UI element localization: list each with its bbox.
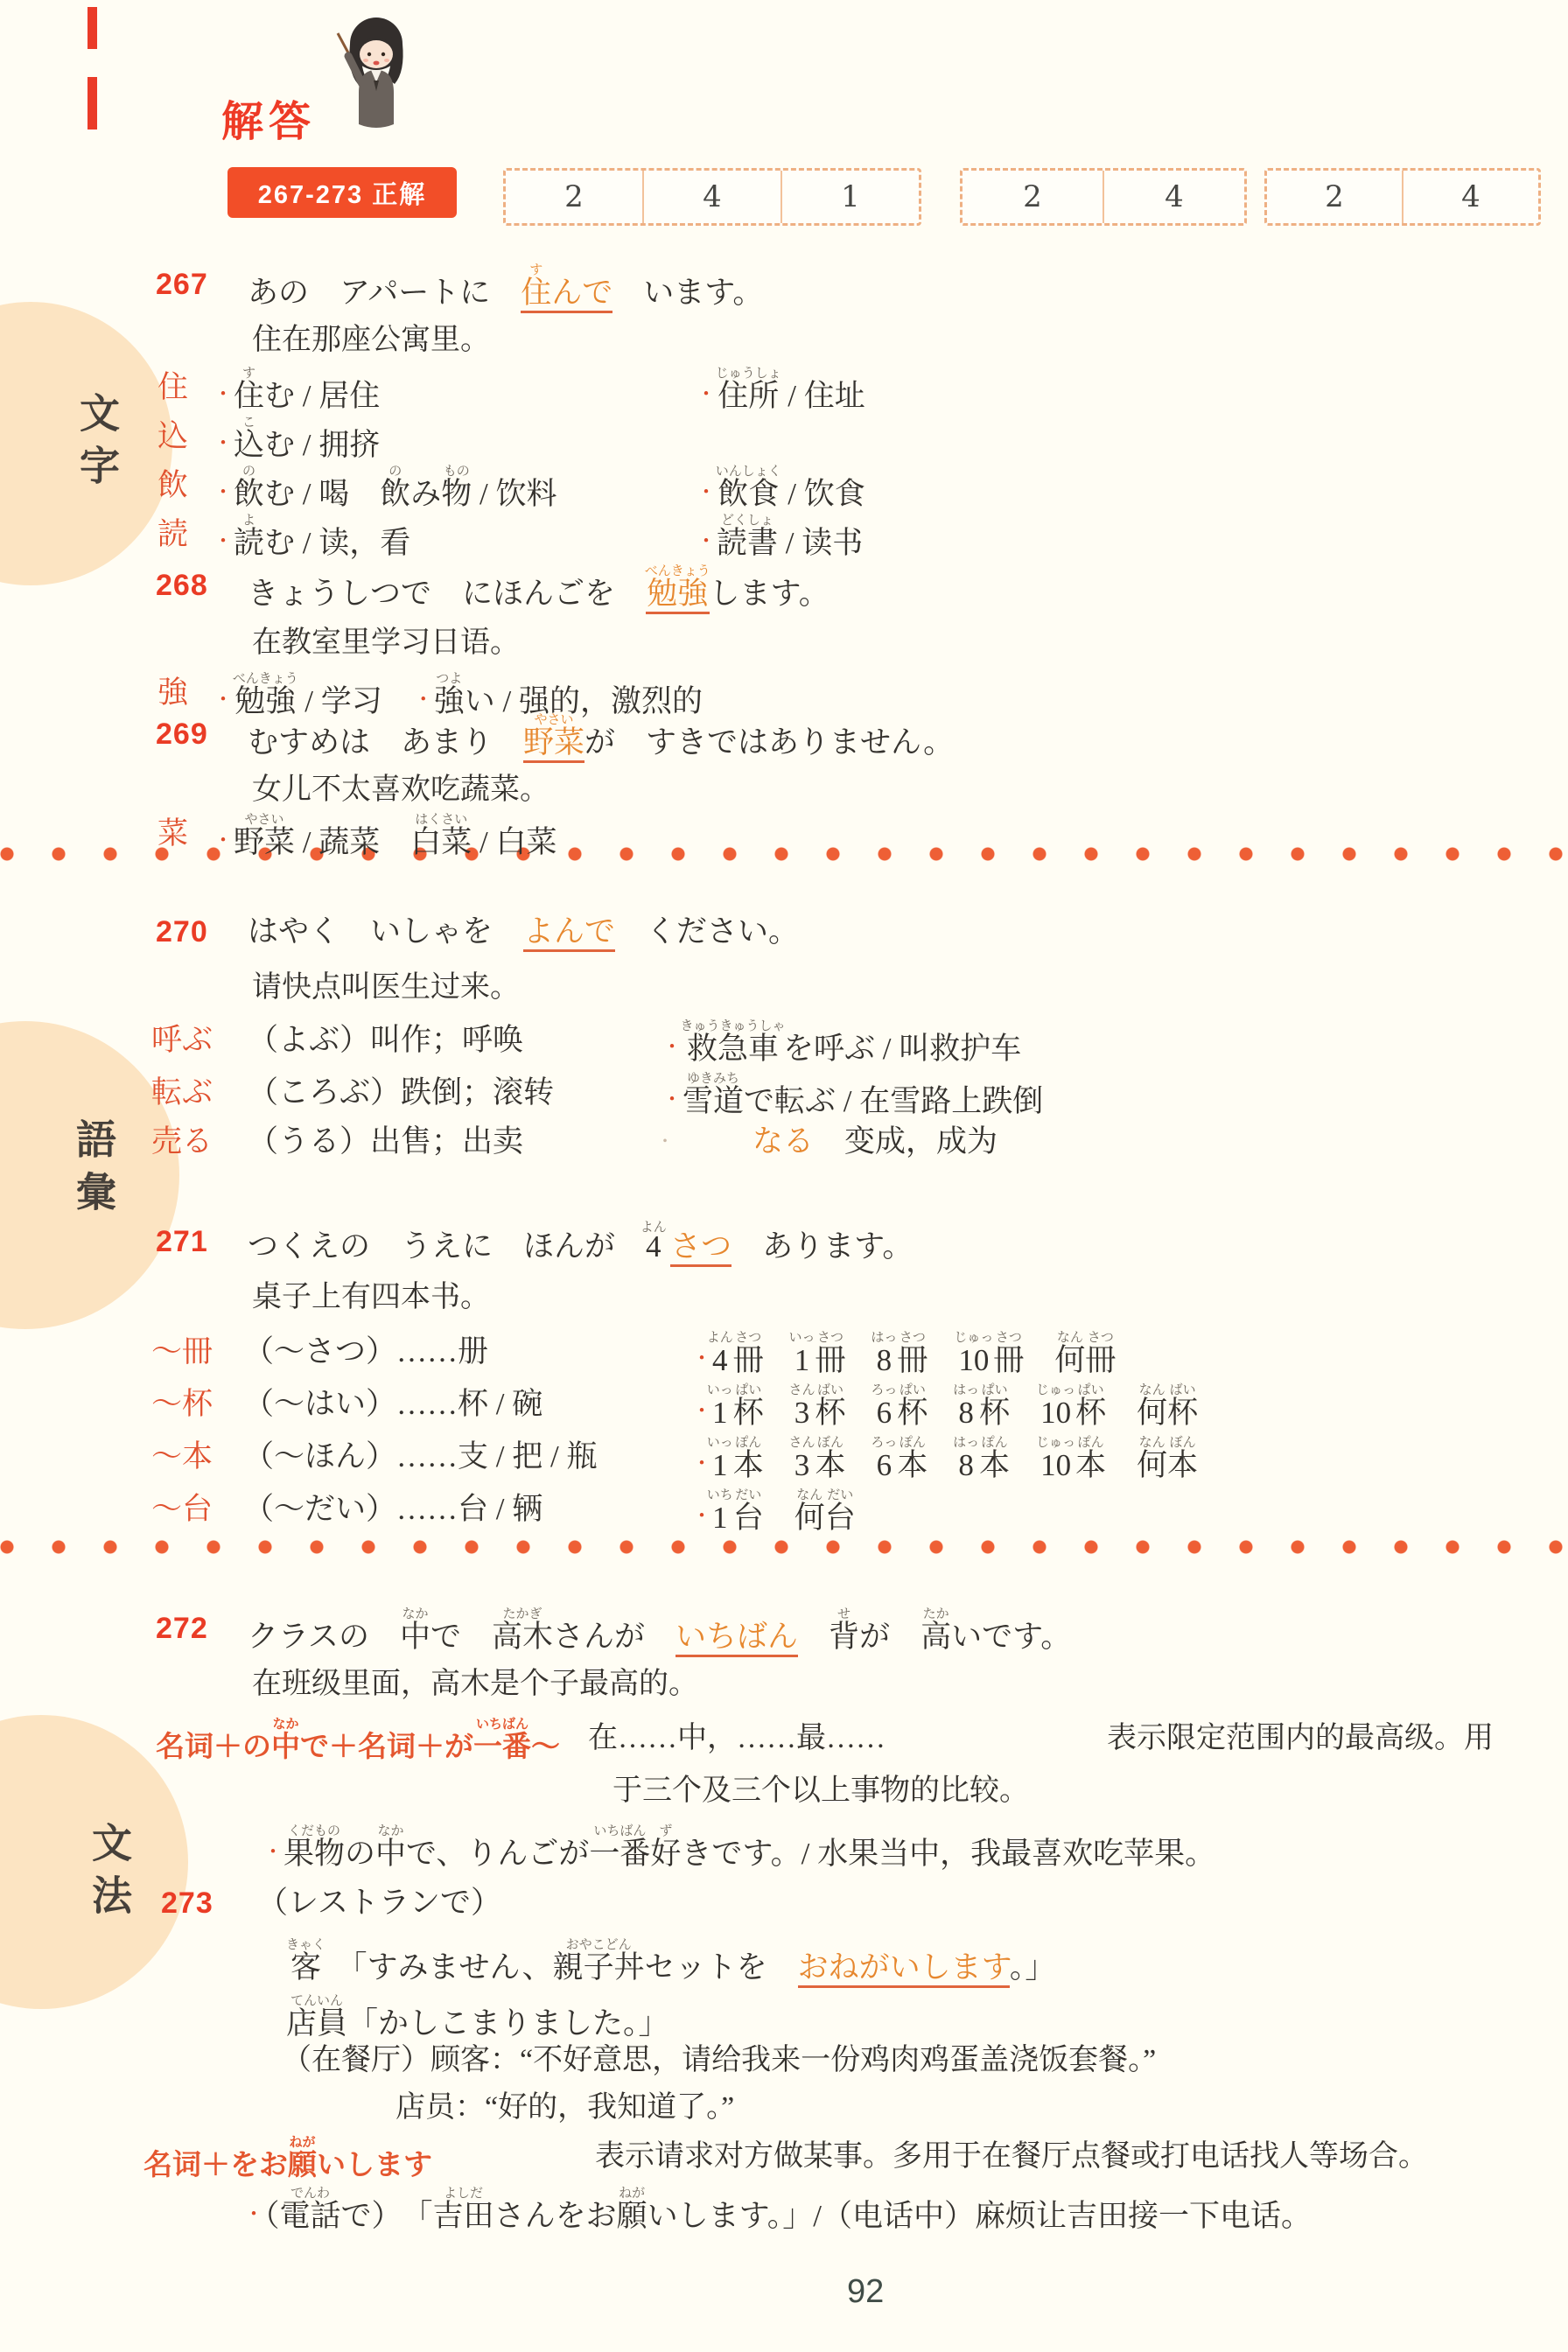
- text-segment: 好ず: [650, 1837, 681, 1871]
- text-part: ・1いっ杯ぱい 3さん杯ばい 6ろっ杯ぱい 8はっ杯ぱい 10じゅっ杯ぱい 何な…: [691, 1382, 1198, 1435]
- text-segment: 強: [157, 675, 188, 710]
- text-part: 请快点叫医生过来。: [252, 966, 520, 1010]
- text-segment: 転ぶ: [151, 1075, 213, 1109]
- answer-cell: 2: [506, 171, 642, 223]
- text-segment: 何なん: [794, 1501, 825, 1535]
- text-segment: 親子丼おやこどん: [553, 1950, 645, 1984]
- text-segment: 8はっ: [958, 1396, 979, 1430]
- text-segment: 269: [156, 717, 208, 751]
- text-segment: / 饮食: [780, 477, 865, 511]
- text-segment: きょうしつで にほんごを: [248, 577, 646, 611]
- text-segment: 高木たかぎ: [492, 1620, 553, 1654]
- text-segment: 10じゅっ: [1040, 1396, 1075, 1430]
- text-segment: 背せ: [829, 1620, 859, 1654]
- text-segment: 台だい: [825, 1501, 856, 1535]
- text-segment: 冊さつ: [993, 1343, 1024, 1377]
- text-segment: さんをお: [494, 2199, 617, 2233]
- text-segment: 高たか: [920, 1620, 951, 1654]
- text-segment: ・: [661, 1036, 682, 1059]
- text-segment: 请快点叫医生过来。: [252, 971, 520, 1004]
- dotted-divider: [0, 1540, 1568, 1554]
- text-part: （ころぶ）跌倒；滚转: [248, 1071, 554, 1115]
- text-part: クラスの 中なかで 高木たかぎさんが いちばん 背せが 高たかいです。: [248, 1606, 1071, 1659]
- text-segment: 于三个及三个以上事物的比较。: [612, 1774, 1029, 1807]
- answer-word: 住す: [521, 276, 551, 313]
- text-segment: 1いっ: [712, 1448, 733, 1482]
- text-segment: ・: [213, 530, 234, 553]
- text-segment: 住: [157, 370, 188, 404]
- text-part: 表示请求对方做某事。多用于在餐厅点餐或打电话找人等场合。: [595, 2135, 1428, 2179]
- text-segment: 「かしこまりました。」: [347, 2006, 669, 2040]
- text-segment: はやく いしゃを: [248, 914, 523, 948]
- scan-artifact: [87, 7, 97, 49]
- text-segment: いです。: [951, 1620, 1071, 1654]
- text-segment: 売る: [151, 1124, 213, 1158]
- text-segment: 273: [161, 1886, 213, 1920]
- text-part: 店员：“好的，我知道了。”: [395, 2086, 734, 2130]
- page-number: 92: [847, 2273, 884, 2311]
- text-segment: ・: [213, 481, 234, 504]
- text-segment: （うる）出售；出卖: [248, 1124, 523, 1158]
- text-segment: を呼ぶ / 叫救护车: [783, 1032, 1021, 1066]
- text-segment: （～さつ）……册: [243, 1334, 488, 1368]
- text-segment: ～台: [151, 1492, 213, 1526]
- text-segment: （よぶ）叫作；呼唤: [248, 1023, 523, 1057]
- text-segment: （ころぶ）跌倒；滚转: [248, 1075, 554, 1109]
- text-segment: きです。/ 水果当中，我最喜欢吃苹果。: [681, 1837, 1215, 1871]
- text-part: ・4よん冊さつ 1いっ冊さつ 8はっ冊さつ 10じゅっ冊さつ 何なん冊さつ: [691, 1330, 1116, 1382]
- text-part: （～はい）……杯 / 碗: [243, 1382, 542, 1426]
- answer-word: いちばん: [675, 1620, 798, 1657]
- text-part: 読: [157, 513, 188, 556]
- text-part: 込: [157, 415, 188, 458]
- answer-box-group: 24: [960, 168, 1247, 226]
- textbook-answer-page: 文字 語彙 文法 解答 267-273 正解 2412424 267あの アパー…: [0, 0, 1568, 2352]
- text-part: ・野菜やさい / 蔬菜 白菜はくさい / 白菜: [213, 812, 557, 864]
- text-part: ・1いち台だい 何なん台だい: [691, 1487, 856, 1540]
- text-segment: 何なん: [1137, 1448, 1167, 1482]
- text-segment: 表示限定范围内的最高级。用: [1107, 1722, 1494, 1754]
- text-part: ・1いっ本ぽん 3さん本ぼん 6ろっ本ぽん 8はっ本ぽん 10じゅっ本ぽん 何な…: [691, 1435, 1198, 1487]
- text-segment: 在……中，……最……: [588, 1722, 885, 1754]
- text-segment: 1いち: [712, 1501, 733, 1535]
- text-part: 菜: [157, 812, 188, 856]
- text-segment: 店员：“好的，我知道了。”: [395, 2091, 734, 2124]
- text-segment: 杯ばい: [1167, 1396, 1198, 1430]
- text-part: 表示限定范围内的最高级。用: [1107, 1717, 1494, 1760]
- text-segment: が: [859, 1620, 920, 1654]
- answer-word: おねがいします: [798, 1950, 1010, 1988]
- text-part: ～冊: [151, 1330, 213, 1374]
- text-segment: ・: [213, 689, 234, 711]
- text-segment: 中なか: [271, 1730, 300, 1762]
- text-segment: 1いっ: [794, 1343, 815, 1377]
- text-segment: 本ぽん: [897, 1448, 927, 1482]
- text-part: ・救急車きゅうきゅうしゃを呼ぶ / 叫救护车: [661, 1018, 1021, 1071]
- text-segment: む / 居住: [264, 379, 380, 413]
- text-segment: / 白菜: [472, 825, 556, 859]
- text-segment: 杯ばい: [815, 1396, 846, 1430]
- text-part: ・読書どくしょ / 读书: [696, 513, 863, 565]
- text-segment: （在餐厅）顾客：“不好意思，请给我来一份鸡肉鸡蛋盖浇饭套餐。”: [282, 2044, 1156, 2076]
- text-segment: 読: [157, 517, 188, 551]
- text-part: 268: [156, 563, 208, 607]
- text-segment: いします: [317, 2148, 432, 2180]
- page-title: 解答: [221, 87, 316, 148]
- text-part: 客きゃく 「すみません、親子丼おやこどんセットを おねがいします。」: [286, 1937, 1055, 1990]
- text-segment: [1024, 1343, 1054, 1377]
- text-segment: 。」: [1010, 1950, 1056, 1984]
- text-segment: 野菜やさい: [234, 825, 295, 859]
- text-segment: 10じゅっ: [1040, 1448, 1075, 1482]
- text-part: （～だい）……台 / 辆: [243, 1487, 542, 1531]
- text-segment: / 读书: [778, 526, 863, 560]
- scan-artifact: [87, 77, 97, 129]
- answer-word: よんで: [523, 914, 615, 952]
- text-segment: 8はっ: [877, 1343, 898, 1377]
- text-segment: 270: [156, 915, 208, 948]
- text-part: （レストランで）: [257, 1881, 501, 1925]
- text-part: 強: [157, 671, 188, 715]
- text-segment: が すきではありません。: [584, 725, 954, 759]
- text-segment: なる: [752, 1124, 814, 1158]
- text-segment: 3さん: [794, 1396, 815, 1430]
- text-segment: 杯ぱい: [979, 1396, 1010, 1430]
- text-part: なる 变成，成为: [752, 1120, 997, 1164]
- text-segment: ・: [213, 432, 234, 455]
- text-segment: 救急車きゅうきゅうしゃ: [682, 1032, 783, 1066]
- text-segment: で、りんごが: [406, 1837, 589, 1871]
- text-segment: あります。: [731, 1229, 913, 1263]
- text-segment: 住所じゅうしょ: [717, 379, 780, 413]
- text-segment: 電話でんわ: [280, 2199, 341, 2233]
- text-part: ・（電話でんわで） 「吉田よしださんをお願ねがいします。」/（电话中）麻烦让吉田…: [243, 2186, 1312, 2238]
- text-segment: む / 拥挤: [264, 428, 380, 462]
- answer-box-group: 241: [503, 168, 921, 226]
- text-part: ～本: [151, 1435, 213, 1479]
- text-segment: 本ぽん: [733, 1448, 764, 1482]
- text-segment: 何なん: [1054, 1343, 1085, 1377]
- text-part: 在……中，……最……: [588, 1717, 885, 1760]
- text-segment: 6ろっ: [877, 1448, 898, 1482]
- text-segment: / 住址: [780, 379, 865, 413]
- text-segment: 冊さつ: [815, 1343, 846, 1377]
- text-part: ・果物くだものの中なかで、りんごが一番いちばん好ずきです。/ 水果当中，我最喜欢…: [262, 1823, 1215, 1876]
- text-segment: ・: [661, 1088, 682, 1111]
- text-segment: ～冊: [151, 1334, 213, 1368]
- text-segment: 10じゅっ: [958, 1343, 993, 1377]
- text-segment: 本ぼん: [815, 1448, 846, 1482]
- text-segment: 271: [156, 1225, 208, 1258]
- text-segment: ～: [531, 1730, 560, 1762]
- text-segment: 果物くだもの: [283, 1837, 345, 1871]
- text-segment: 台だい: [733, 1501, 764, 1535]
- text-segment: ください。: [615, 914, 799, 948]
- text-segment: ・: [262, 1841, 283, 1864]
- text-segment: 8はっ: [958, 1448, 979, 1482]
- text-segment: で: [430, 1620, 492, 1654]
- text-segment: 272: [156, 1612, 208, 1645]
- text-segment: [1106, 1396, 1137, 1430]
- text-segment: 願ねが: [617, 2199, 647, 2233]
- text-segment: 中なか: [375, 1837, 406, 1871]
- text-segment: む / 喝: [264, 477, 380, 511]
- text-segment: ・: [243, 2203, 264, 2226]
- text-segment: 読書どくしょ: [717, 526, 778, 560]
- text-segment: ・: [213, 383, 234, 406]
- text-segment: 中なか: [400, 1620, 430, 1654]
- text-segment: 飲の: [380, 477, 410, 511]
- text-segment: 女儿不太喜欢吃蔬菜。: [252, 773, 549, 806]
- text-part: 名词＋の中なかで＋名词＋が一番いちばん～: [156, 1717, 560, 1768]
- text-segment: ～杯: [151, 1387, 213, 1421]
- text-part: ・飲食いんしょく / 饮食: [696, 464, 865, 516]
- teacher-illustration: [325, 7, 422, 138]
- text-segment: 白菜はくさい: [410, 825, 472, 859]
- text-part: （～さつ）……册: [243, 1330, 488, 1374]
- text-part: 271: [156, 1220, 208, 1263]
- text-segment: ～本: [151, 1439, 213, 1473]
- text-segment: さんが: [553, 1620, 675, 1654]
- text-segment: （レストランで）: [257, 1886, 501, 1920]
- text-segment: で＋名词＋が: [300, 1730, 473, 1762]
- text-segment: （～ほん）……支 / 把 / 瓶: [243, 1439, 597, 1473]
- text-segment: 1いっ: [712, 1396, 733, 1430]
- text-part: （在餐厅）顾客：“不好意思，请给我来一份鸡肉鸡蛋盖浇饭套餐。”: [282, 2039, 1156, 2082]
- answer-cell: 4: [642, 171, 780, 223]
- text-segment: 物もの: [441, 477, 472, 511]
- text-part: ・住所じゅうしょ / 住址: [696, 366, 865, 418]
- text-part: 267: [156, 262, 208, 306]
- text-segment: 一番いちばん: [473, 1730, 531, 1762]
- text-part: ・込こむ / 拥挤: [213, 415, 380, 467]
- text-part: 呼ぶ: [151, 1018, 213, 1062]
- text-part: ・住すむ / 居住: [213, 366, 380, 418]
- text-segment: み: [410, 477, 441, 511]
- text-part: ・飲のむ / 喝 飲のみ物もの / 饮料: [213, 464, 557, 516]
- text-part: ・: [656, 1120, 674, 1165]
- text-segment: 杯ぱい: [897, 1396, 927, 1430]
- text-part: 桌子上有四本书。: [252, 1276, 490, 1319]
- text-part: （よぶ）叫作；呼唤: [248, 1018, 523, 1062]
- text-segment: 6ろっ: [877, 1396, 898, 1430]
- answer-word: 勉強べんきょう: [646, 577, 710, 614]
- text-segment: で転ぶ / 在雪路上跌倒: [744, 1084, 1043, 1118]
- text-segment: 店員てんいん: [286, 2006, 347, 2040]
- text-part: 在班级里面，高木是个子最高的。: [252, 1662, 698, 1706]
- answer-cell: 2: [1267, 171, 1402, 223]
- text-part: ・雪道ゆきみちで転ぶ / 在雪路上跌倒: [661, 1071, 1043, 1123]
- text-part: ・読よむ / 读，看: [213, 513, 410, 565]
- text-segment: むすめは あまり: [248, 725, 523, 759]
- text-part: 女儿不太喜欢吃蔬菜。: [252, 768, 549, 812]
- answer-word: んで: [551, 276, 612, 313]
- text-segment: 飲: [157, 468, 188, 502]
- text-segment: 桌子上有四本书。: [252, 1281, 490, 1313]
- text-segment: ・: [696, 383, 717, 406]
- text-segment: 呼ぶ: [151, 1023, 213, 1057]
- answer-word: 野菜やさい: [523, 725, 584, 763]
- text-segment: の: [345, 1837, 375, 1871]
- text-segment: 名词＋をお: [143, 2148, 288, 2180]
- answer-word: さつ: [670, 1229, 731, 1267]
- text-segment: ・: [413, 689, 434, 711]
- text-segment: 何なん: [1137, 1396, 1167, 1430]
- text-segment: 3さん: [794, 1448, 815, 1482]
- text-segment: / 饮料: [472, 477, 556, 511]
- text-segment: （～だい）……台 / 辆: [243, 1492, 542, 1526]
- answer-cell: 2: [962, 171, 1102, 223]
- text-part: ～台: [151, 1487, 213, 1531]
- answer-cell: 1: [780, 171, 919, 223]
- text-segment: [1106, 1448, 1137, 1482]
- text-segment: つくえの うえに ほんが: [248, 1229, 646, 1263]
- text-segment: ・: [696, 481, 717, 504]
- text-part: 269: [156, 712, 208, 756]
- text-segment: 飲の: [234, 477, 264, 511]
- text-segment: あの アパートに: [248, 276, 521, 310]
- text-segment: 住在那座公寓里。: [252, 324, 490, 356]
- text-part: むすめは あまり 野菜やさいが すきではありません。: [248, 712, 954, 765]
- answer-cell: 4: [1402, 171, 1538, 223]
- text-segment: います。: [612, 276, 763, 310]
- text-segment: （: [264, 2199, 280, 2233]
- text-segment: 雪道ゆきみち: [682, 1084, 744, 1118]
- text-segment: 杯ぱい: [1075, 1396, 1106, 1430]
- text-part: ～杯: [151, 1382, 213, 1426]
- text-part: （～ほん）……支 / 把 / 瓶: [243, 1435, 597, 1479]
- text-part: 住在那座公寓里。: [252, 318, 490, 362]
- text-part: 273: [161, 1881, 213, 1925]
- answer-range-badge: 267-273 正解: [227, 167, 457, 218]
- sidebar-label-moji: 文字: [68, 392, 126, 497]
- answer-cell: 4: [1102, 171, 1244, 223]
- text-segment: ・: [213, 829, 234, 852]
- text-segment: 本ぼん: [1167, 1448, 1198, 1482]
- text-segment: 表示请求对方做某事。多用于在餐厅点餐或打电话找人等场合。: [595, 2140, 1428, 2173]
- text-part: 于三个及三个以上事物的比较。: [612, 1769, 1029, 1813]
- sidebar-label-bunpo: 文法: [80, 1822, 138, 1927]
- text-segment: 込こ: [234, 428, 264, 462]
- text-segment: / 蔬菜: [295, 825, 410, 859]
- text-part: 在教室里学习日语。: [252, 621, 520, 665]
- text-segment: 「すみません、: [321, 1950, 553, 1984]
- text-part: 店員てんいん「かしこまりました。」: [286, 1993, 669, 2046]
- text-part: 名词＋をお願ねがいします: [143, 2135, 432, 2187]
- text-segment: 本ぽん: [1075, 1448, 1106, 1482]
- text-segment: 願ねが: [288, 2148, 317, 2180]
- text-segment: 冊さつ: [733, 1343, 764, 1377]
- text-segment: 一番いちばん: [589, 1837, 650, 1871]
- text-segment: 冊さつ: [897, 1343, 927, 1377]
- text-segment: 在教室里学习日语。: [252, 626, 520, 659]
- text-part: 飲: [157, 464, 188, 507]
- text-segment: 吉田よしだ: [433, 2199, 494, 2233]
- text-segment: [764, 1501, 794, 1535]
- text-segment: で） 「: [341, 2199, 433, 2233]
- text-segment: 268: [156, 569, 208, 602]
- text-segment: 变成，成为: [814, 1124, 997, 1158]
- text-segment: 267: [156, 268, 208, 301]
- text-segment: セットを: [645, 1950, 798, 1984]
- text-part: 270: [156, 910, 208, 954]
- text-segment: クラスの: [248, 1620, 400, 1654]
- text-segment: 冊さつ: [1085, 1343, 1116, 1377]
- text-segment: します。: [710, 577, 829, 611]
- text-segment: ・: [656, 1132, 674, 1151]
- text-segment: 本ぽん: [979, 1448, 1010, 1482]
- text-segment: 4よん: [646, 1229, 662, 1263]
- text-segment: ・: [696, 530, 717, 553]
- text-segment: （～はい）……杯 / 碗: [243, 1387, 542, 1421]
- text-segment: 名词＋の: [156, 1730, 271, 1762]
- text-segment: 読よ: [234, 526, 264, 560]
- text-part: 売る: [151, 1120, 213, 1164]
- text-segment: 客きゃく: [286, 1950, 321, 1984]
- text-segment: む / 读，看: [264, 526, 410, 560]
- text-segment: 4よん: [712, 1343, 733, 1377]
- text-segment: [798, 1620, 829, 1654]
- text-part: 住: [157, 366, 188, 409]
- text-segment: 菜: [157, 816, 188, 850]
- text-segment: いします。」/（电话中）麻烦让吉田接一下电话。: [647, 2199, 1312, 2233]
- text-part: つくえの うえに ほんが 4よん さつ あります。: [248, 1220, 913, 1269]
- text-part: あの アパートに 住すんで います。: [248, 262, 763, 315]
- text-segment: 住す: [234, 379, 264, 413]
- sidebar-label-goi: 語彙: [65, 1118, 122, 1223]
- text-part: 転ぶ: [151, 1071, 213, 1115]
- text-part: はやく いしゃを よんで ください。: [248, 910, 799, 954]
- text-segment: 飲食いんしょく: [717, 477, 780, 511]
- text-part: きょうしつで にほんごを 勉強べんきょうします。: [248, 563, 829, 616]
- text-segment: 在班级里面，高木是个子最高的。: [252, 1668, 698, 1700]
- text-part: （うる）出售；出卖: [248, 1120, 523, 1164]
- text-segment: 杯ぱい: [733, 1396, 764, 1430]
- answer-box-group: 24: [1264, 168, 1541, 226]
- text-part: 272: [156, 1606, 208, 1650]
- text-segment: 込: [157, 419, 188, 453]
